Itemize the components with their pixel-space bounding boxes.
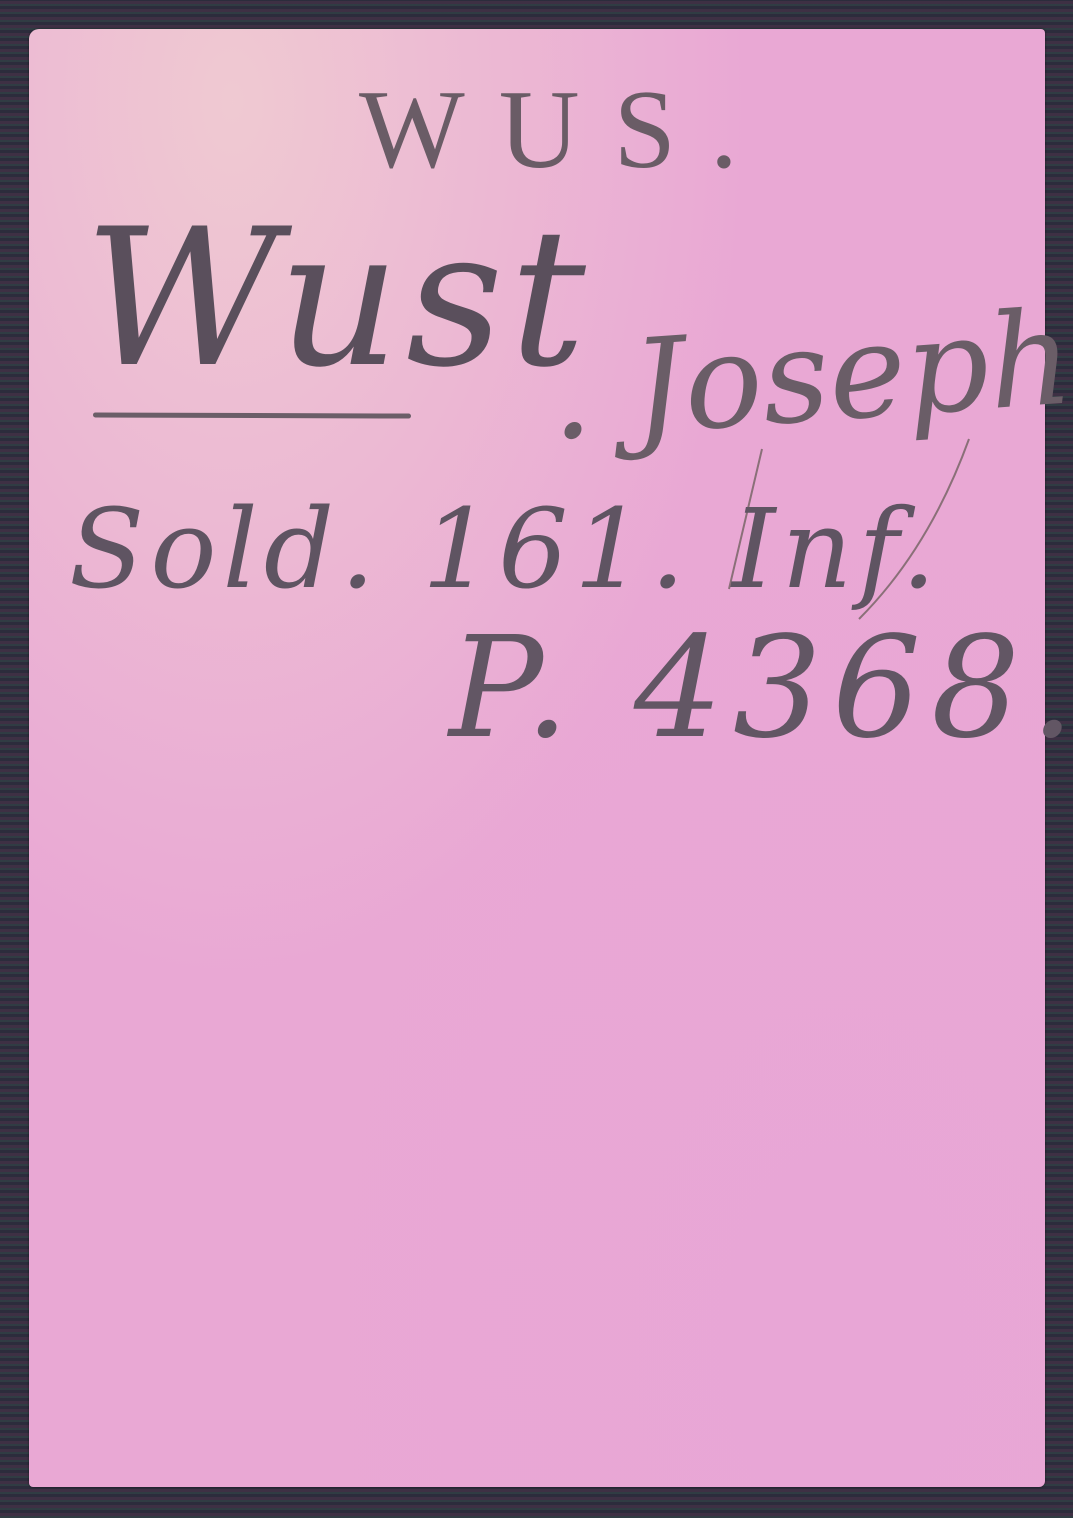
- rank-unit-line: Sold. 161. Inf.: [69, 494, 942, 604]
- surname-code: WUS.: [359, 74, 772, 186]
- index-card: WUS. Wust . Joseph. Sold. 161. Inf. P. 4…: [29, 29, 1045, 1487]
- surname: Wust: [84, 204, 592, 394]
- given-name: . Joseph.: [545, 289, 1073, 458]
- reference-number: P. 4368.: [449, 619, 1073, 759]
- surname-underline: [93, 412, 411, 418]
